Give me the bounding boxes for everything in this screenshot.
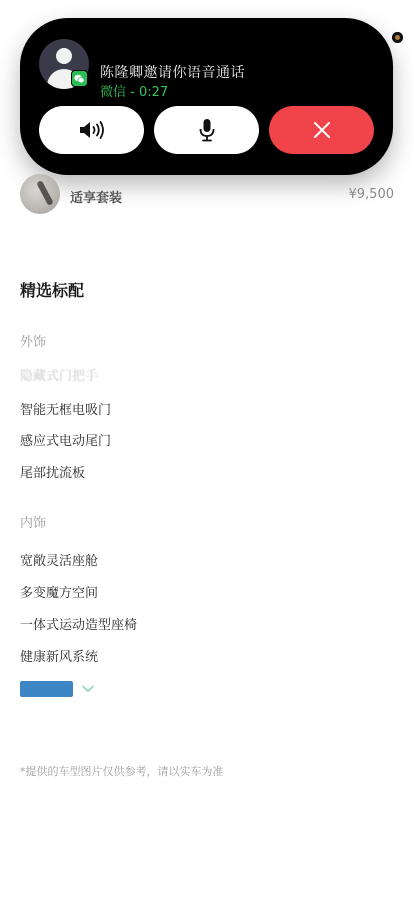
feature-item: 智能无框电吸门 xyxy=(20,399,111,418)
feature-item: 一体式运动造型座椅 xyxy=(20,614,137,633)
speaker-button[interactable] xyxy=(39,106,144,154)
chevron-down-icon[interactable] xyxy=(81,684,95,694)
feature-item: 宽敞灵活座舱 xyxy=(20,550,98,569)
disclaimer-text: *提供的车型图片仅供参考，请以实车为准 xyxy=(20,763,224,779)
package-price: ¥9,500 xyxy=(349,187,395,202)
close-icon xyxy=(312,120,332,140)
camera-indicator-icon xyxy=(392,32,403,43)
hangup-button[interactable] xyxy=(269,106,374,154)
avatar-head-shape xyxy=(56,48,72,64)
wechat-icon xyxy=(71,70,88,87)
package-thumbnail xyxy=(20,174,60,214)
mute-button[interactable] xyxy=(154,106,259,154)
feature-item: 健康新风系统 xyxy=(20,646,98,665)
expand-all-toggle[interactable] xyxy=(20,680,95,698)
package-row[interactable]: 适享套装 ¥9,500 xyxy=(0,172,414,216)
feature-item: 隐藏式门把手 xyxy=(20,365,98,384)
speaker-icon xyxy=(78,120,106,140)
incoming-call-banner[interactable]: 陈隆卿邀请你语音通话 微信 - 0:27 xyxy=(20,18,393,175)
section-title: 精选标配 xyxy=(20,278,84,301)
feature-item: 尾部扰流板 xyxy=(20,462,85,481)
call-app-duration: 微信 - 0:27 xyxy=(100,81,168,100)
group-label-interior: 内饰 xyxy=(20,512,46,531)
feature-item: 多变魔方空间 xyxy=(20,582,98,601)
package-name: 适享套装 xyxy=(70,187,122,206)
group-label-exterior: 外饰 xyxy=(20,331,46,350)
feature-item: 感应式电动尾门 xyxy=(20,430,111,449)
expand-label-redacted[interactable] xyxy=(20,681,73,697)
microphone-icon xyxy=(199,118,215,142)
caller-text: 陈隆卿邀请你语音通话 xyxy=(100,62,245,82)
